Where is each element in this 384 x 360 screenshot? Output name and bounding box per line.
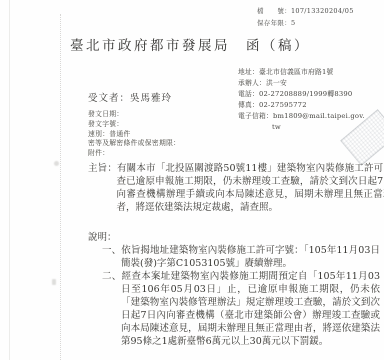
contact-email: 電子信箱：bm1809@mail.taipei.gov.: [238, 111, 365, 122]
doc-fields-block: 發文日期： 發文字號： 速別：普通件 密等及解密條件或保密期限： 附件：: [88, 110, 180, 159]
file-meta: 檔 號：107/13320204/05 保存年限：5: [257, 5, 354, 29]
scan-edge-line: [9, 0, 10, 360]
field-speed: 速別：普通件: [88, 130, 180, 140]
explanation-label: 說明：: [88, 231, 380, 244]
recipient-name: 吳馬雅玲: [130, 93, 172, 104]
subject-text: 有關本市「北投區關渡路50號11樓」建築物室內裝修施工許可，經查已逾原申報施工期…: [117, 163, 384, 213]
file-number-value: 107/13320204/05: [291, 7, 354, 15]
pencil-mark: [54, 161, 59, 166]
retention-value: 5: [291, 19, 295, 27]
recipient-line: 受文者：吳馬雅玲: [88, 90, 172, 104]
file-number-label: 檔 號：: [257, 7, 291, 15]
item-1-text: 依旨揭地址建築物室內裝修施工許可字號：「105年11月03日簡裝(發)字第C10…: [121, 245, 380, 269]
field-doc-number: 發文字號：: [88, 120, 180, 130]
contact-phone: 電話：02-27208889/1999轉8390: [238, 89, 365, 100]
subject-label: 主旨：: [88, 163, 117, 174]
item-2-number: 二、: [102, 271, 122, 282]
explanation-section: 說明： 一、依旨揭地址建築物室內裝修施工許可字號：「105年11月03日簡裝(發…: [88, 231, 380, 348]
fold-dotted-line: [60, 14, 61, 360]
contact-fax: 傳真：02-27595772: [238, 100, 365, 111]
explanation-item-2: 二、經查本案址建築物室內裝修施工期間預定自「105年11月03日至106年05月…: [102, 270, 380, 348]
subject-paragraph: 主旨：有關本市「北投區關渡路50號11樓」建築物室內裝修施工許可，經查已逾原申報…: [88, 162, 384, 214]
document-title: 臺北市政府都市發展局 函（稿）: [0, 34, 380, 54]
contact-block: 地址：臺北市信義區市府路1號 承辦人：洪一安 電話：02-27208889/19…: [238, 67, 365, 133]
recipient-label: 受文者：: [88, 93, 130, 104]
contact-person: 承辦人：洪一安: [238, 78, 365, 89]
retention-line: 保存年限：5: [257, 17, 354, 29]
pencil-mark: [52, 279, 56, 285]
contact-address: 地址：臺北市信義區市府路1號: [238, 67, 365, 78]
field-security: 密等及解密條件或保密期限：: [88, 139, 180, 149]
file-number-line: 檔 號：107/13320204/05: [257, 5, 354, 17]
field-issue-date: 發文日期：: [88, 110, 180, 120]
contact-email-continued: tw: [238, 122, 365, 133]
item-2-text: 經查本案址建築物室內裝修施工期間預定自「105年11月03日至106年05月03…: [121, 271, 380, 347]
explanation-item-1: 一、依旨揭地址建築物室內裝修施工許可字號：「105年11月03日簡裝(發)字第C…: [102, 244, 380, 270]
retention-label: 保存年限：: [257, 19, 291, 27]
item-1-number: 一、: [102, 245, 121, 256]
document-page: 檔 號：107/13320204/05 保存年限：5 臺北市政府都市發展局 函（…: [0, 0, 384, 360]
field-attachment: 附件：: [88, 149, 180, 159]
